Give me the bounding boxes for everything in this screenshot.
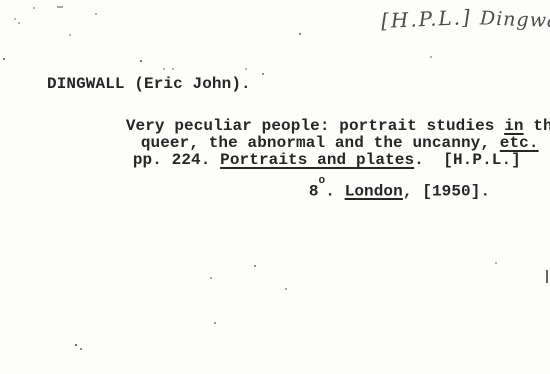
- format-number: 8: [309, 182, 319, 200]
- scan-noise-dash: [57, 6, 63, 8]
- collation-pages-text: pp. 224.: [133, 151, 220, 169]
- imprint-place: London: [345, 182, 403, 200]
- author-heading: DINGWALL (Eric John).: [47, 76, 251, 93]
- catalog-card: [H.P.L.] Dingwall. DINGWALL (Eric John).…: [0, 0, 550, 374]
- imprint-date: , [1950].: [403, 182, 490, 200]
- imprint-line: 8o. London, [1950].: [270, 162, 490, 217]
- imprint-separator: .: [325, 182, 344, 200]
- handwritten-annotation: [H.P.L.] Dingwall.: [381, 4, 550, 31]
- annotation-initials: [H.P.L.]: [381, 5, 473, 33]
- scan-noise-specks: [0, 0, 2, 2]
- annotation-surname: Dingwall.: [479, 7, 550, 32]
- format-superscript-o: o: [319, 175, 326, 187]
- scan-edge-mark: [546, 270, 548, 283]
